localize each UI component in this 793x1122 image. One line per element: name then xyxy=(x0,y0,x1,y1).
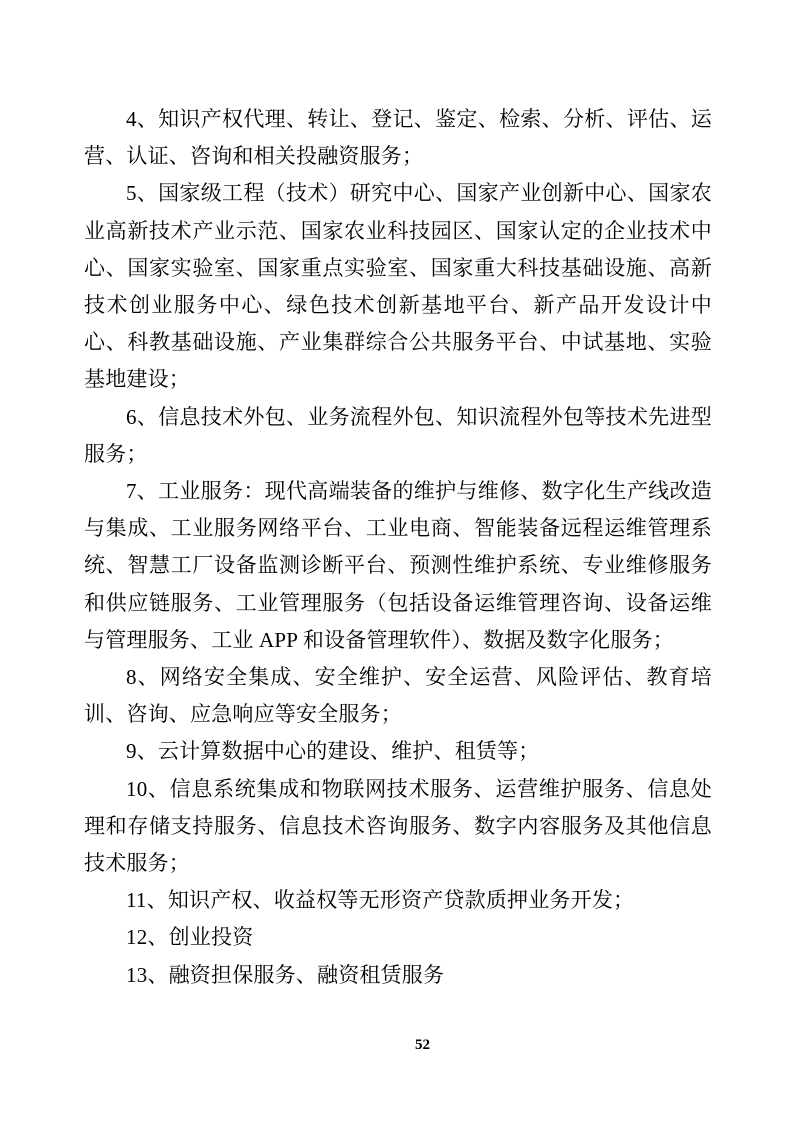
page-footer: 52 xyxy=(52,1037,793,1054)
list-item-9: 9、云计算数据中心的建设、维护、租赁等； xyxy=(84,733,712,770)
list-item-6: 6、信息技术外包、业务流程外包、知识流程外包等技术先进型服务； xyxy=(84,399,712,473)
list-item-7: 7、工业服务：现代高端装备的维护与维修、数字化生产线改造与集成、工业服务网络平台… xyxy=(84,473,712,659)
list-item-10: 10、信息系统集成和物联网技术服务、运营维护服务、信息处理和存储支持服务、信息技… xyxy=(84,771,712,883)
list-item-8: 8、网络安全集成、安全维护、安全运营、风险评估、教育培训、咨询、应急响应等安全服… xyxy=(84,659,712,733)
document-page: 4、知识产权代理、转让、登记、鉴定、检索、分析、评估、运营、认证、咨询和相关投融… xyxy=(0,0,793,1122)
list-item-12: 12、创业投资 xyxy=(84,919,712,956)
list-item-4: 4、知识产权代理、转让、登记、鉴定、检索、分析、评估、运营、认证、咨询和相关投融… xyxy=(84,101,712,175)
list-item-11: 11、知识产权、收益权等无形资产贷款质押业务开发； xyxy=(84,882,712,919)
page-number: 52 xyxy=(415,1037,430,1053)
document-body: 4、知识产权代理、转让、登记、鉴定、检索、分析、评估、运营、认证、咨询和相关投融… xyxy=(84,101,712,994)
list-item-5: 5、国家级工程（技术）研究中心、国家产业创新中心、国家农业高新技术产业示范、国家… xyxy=(84,175,712,398)
list-item-13: 13、融资担保服务、融资租赁服务 xyxy=(84,957,712,994)
